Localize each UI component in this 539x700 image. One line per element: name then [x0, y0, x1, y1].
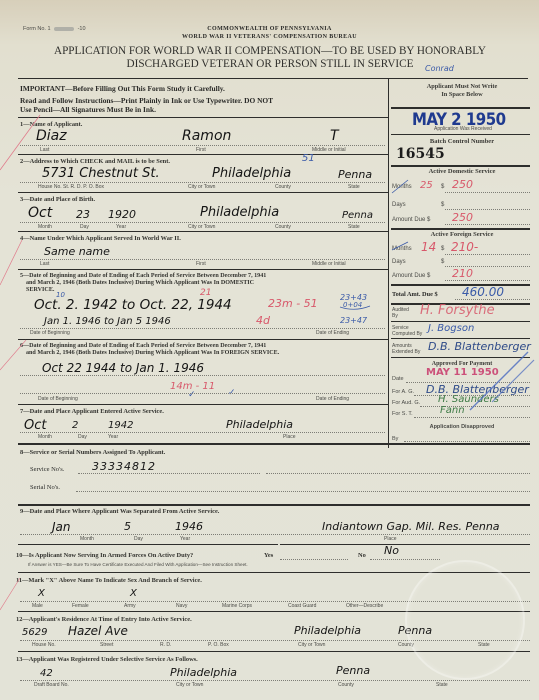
margin-pen-marks [0, 0, 539, 700]
form-page: Form No. 1 -10 COMMONWEALTH OF PENNSYLVA… [0, 0, 539, 700]
